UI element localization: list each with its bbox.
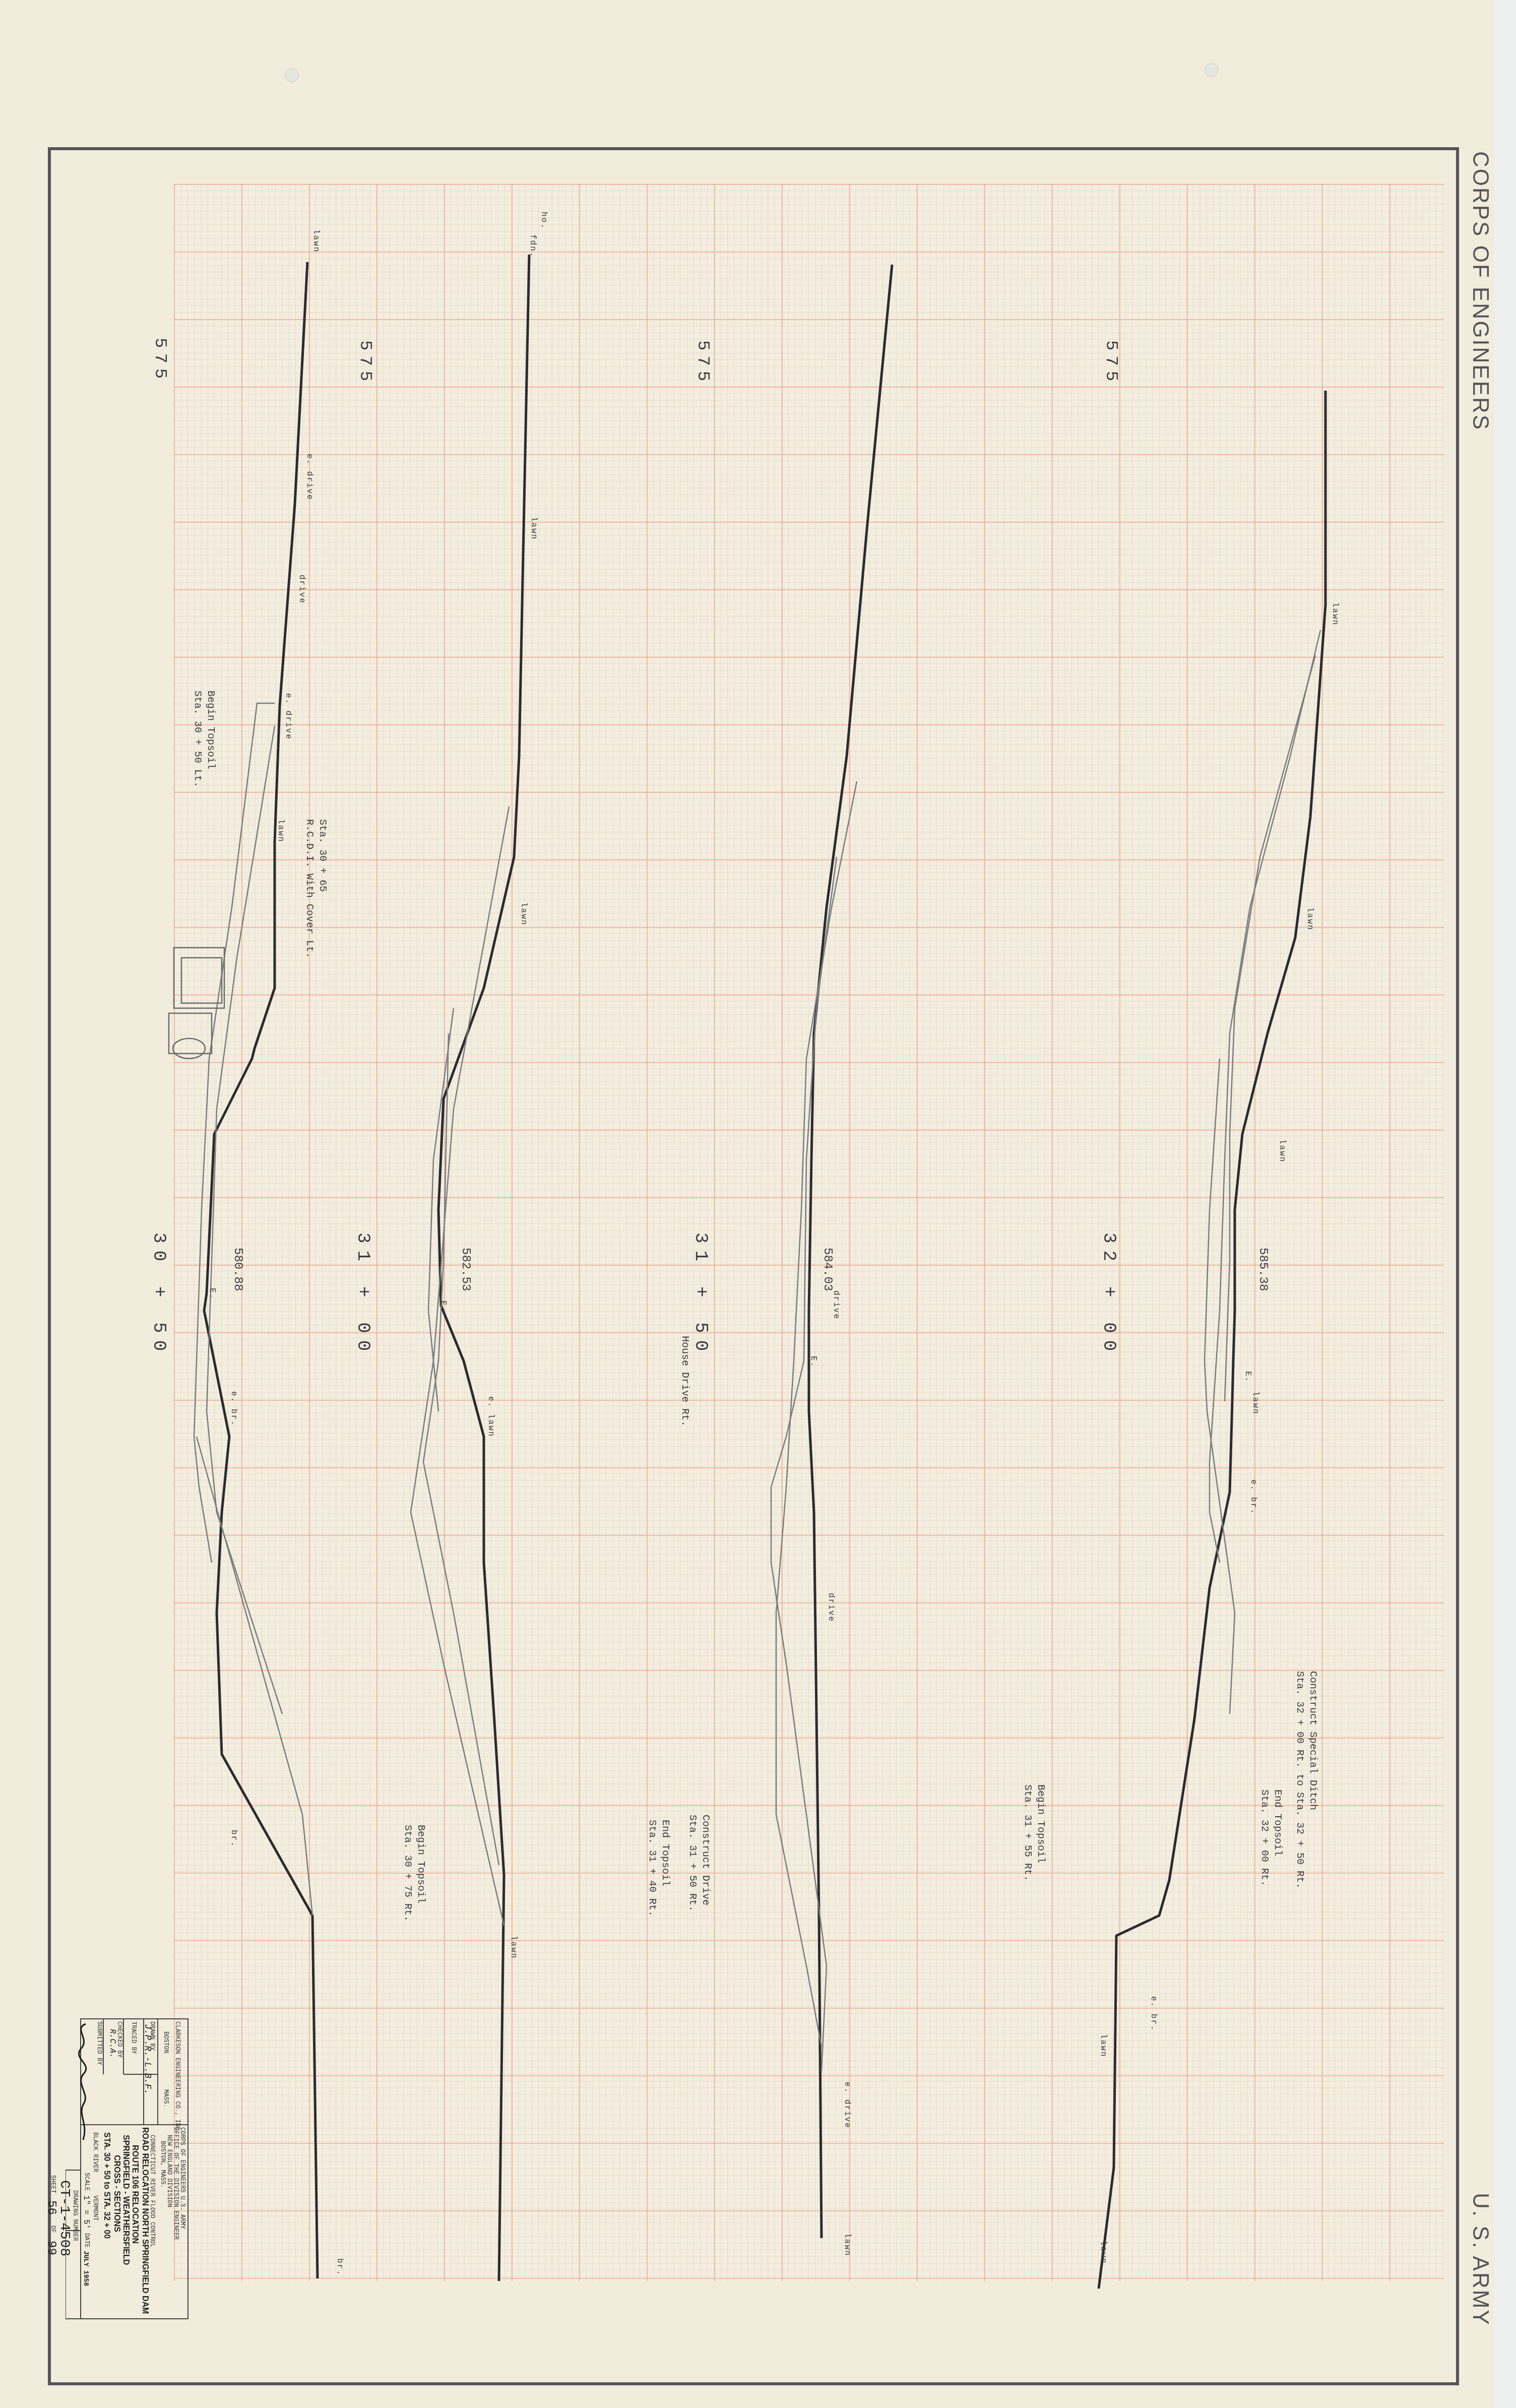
date-value: JULY 1958	[82, 2251, 90, 2286]
centerline-elevation: 585.38	[1256, 1248, 1270, 1291]
note-line: Begin Topsoil	[205, 691, 216, 769]
centerline-mark: E.	[809, 1356, 818, 1368]
centerline-elevation: 582.53	[459, 1248, 472, 1291]
project-line: CROSS - SECTIONS	[112, 2155, 121, 2232]
surface-label: lawn	[519, 902, 528, 925]
surface-label: lawn	[1305, 907, 1314, 931]
scale-value: 1" = 5'	[82, 2195, 91, 2229]
note-line: Construct Special Ditch	[1307, 1671, 1318, 1810]
note-line: Sta. 30 + 65	[317, 819, 328, 892]
sheet-label: SHEET	[49, 2175, 56, 2193]
signature	[71, 2019, 101, 2150]
surface-label: drive	[827, 1593, 836, 1622]
sheet-total: 99	[44, 2241, 58, 2255]
centerline-mark: E.	[1243, 1371, 1252, 1383]
surface-label: lawn	[1331, 602, 1340, 626]
note-end-topsoil: End Topsoil Sta. 32 + 00 Rt.	[1257, 1789, 1284, 1886]
note-construct-special-ditch: Construct Special Ditch Sta. 32 + 00 Rt.…	[1293, 1671, 1319, 1889]
surface-label: e. br.	[1249, 1479, 1258, 1515]
note-begin-topsoil: Begin Topsoil Sta. 30 + 50 Lt.	[191, 691, 217, 787]
surface-label: lawn	[1278, 1139, 1287, 1162]
note-house-drive: House Drive Rt.	[678, 1336, 691, 1427]
surface-label: drive	[832, 1290, 841, 1320]
elevation-label: 575	[355, 340, 374, 386]
firm-name: CLARKESON ENGINEERING CO., INC.	[174, 2021, 181, 2134]
station-label: 31 + 00	[353, 1232, 373, 1358]
pipe-culvert-symbol	[169, 948, 224, 1059]
project-line: ROAD RELOCATION NORTH SPRINGFIELD DAM	[140, 2127, 149, 2314]
surface-label: lawn	[529, 517, 538, 540]
surface-label: fdn.	[528, 234, 537, 258]
note-line: Sta. 31 + 50 Rt.	[686, 1815, 698, 1911]
note-begin-topsoil: Begin Topsoil Sta. 31 + 55 Rt.	[1021, 1784, 1047, 1881]
elevation-label: 575	[150, 338, 169, 384]
station-label: 32 + 00	[1099, 1232, 1119, 1358]
profile-30-50-ground	[204, 262, 318, 2278]
note-line: Sta. 30 + 50 Lt.	[192, 691, 203, 787]
profile-32-00-ground	[1099, 391, 1325, 2289]
traced-by-label: TRACED BY	[130, 2021, 137, 2054]
surface-label: lawn	[276, 819, 285, 842]
centerline-elevation: 584.03	[820, 1248, 834, 1291]
title-block: CLARKESON ENGINEERING CO., INC. BOSTON M…	[66, 2009, 189, 2397]
surface-label: lawn	[509, 1936, 518, 1959]
surface-label: br.	[229, 1830, 238, 1847]
surface-label: lawn	[1099, 2034, 1108, 2057]
cross-section-profiles	[0, 0, 1516, 2408]
checked-by-value: R.C.A.	[108, 2029, 117, 2058]
surface-label: e. drive	[305, 454, 314, 501]
drawn-by-value: J.P.R.-L.B.F.	[142, 2024, 152, 2094]
date-label: DATE	[83, 2233, 90, 2248]
firm-city: BOSTON	[162, 2031, 169, 2053]
centerline-mark: E.	[208, 1288, 217, 1300]
centerline-mark: E.	[438, 1301, 448, 1312]
project-line: STA. 30 + 50 to STA. 32 + 00	[102, 2132, 111, 2239]
station-label: 31 + 50	[690, 1232, 711, 1358]
note-line: Sta. 31 + 55 Rt.	[1022, 1784, 1033, 1881]
agency-line: BOSTON, MASS.	[159, 2141, 166, 2188]
drawing-number-label: DRAWING NUMBER	[72, 2190, 79, 2241]
agency-line: CORPS OF ENGINEERS U.S. ARMY	[179, 2127, 186, 2229]
agency-line: OFFICE OF THE DIVISION ENGINEER	[172, 2127, 179, 2240]
note-line: End Topsoil	[1272, 1789, 1283, 1856]
drawing-sheet: CORPS OF ENGINEERS U. S. ARMY	[0, 0, 1494, 2408]
surface-label: e. br.	[229, 1391, 238, 1427]
river-name: BLACK RIVER	[92, 2132, 99, 2172]
project-line: SPRINGFIELD - WEATHERSFIELD	[121, 2135, 130, 2265]
note-end-topsoil: End Topsoil Sta. 31 + 40 Rt.	[645, 1820, 671, 1917]
note-line: R.C.D.I. With Cover Lt.	[303, 819, 315, 958]
of-label: OF	[49, 2226, 56, 2233]
project-line: ROUTE 106 RELOCATION	[130, 2145, 139, 2244]
centerline-elevation: 580.88	[231, 1248, 244, 1291]
sheet-number: 56	[44, 2200, 58, 2215]
scale-label: SCALE	[83, 2173, 90, 2191]
note-line: Sta. 32 + 00 Rt.	[1258, 1789, 1270, 1886]
surface-label: lawn	[843, 2233, 852, 2256]
note-line: Begin Topsoil	[415, 1825, 426, 1903]
profile-31-00-ground	[438, 255, 529, 2281]
surface-label: drive	[297, 575, 306, 604]
note-rcdi-pipe: Sta. 30 + 65 R.C.D.I. With Cover Lt.	[302, 819, 329, 958]
surface-label: lawn	[1251, 1391, 1260, 1414]
note-line: House Drive Rt.	[679, 1336, 690, 1427]
firm-state: MASS.	[162, 2089, 169, 2108]
note-line: Sta. 31 + 40 Rt.	[646, 1820, 658, 1917]
surface-label: lawn	[311, 229, 321, 253]
note-construct-drive: Construct Drive Sta. 31 + 50 Rt.	[685, 1815, 712, 1911]
note-line: Sta. 30 + 75 Rt.	[402, 1825, 413, 1922]
project-line: CONNECTICUT RIVER FLOOD CONTROL	[149, 2135, 156, 2247]
drawing-number: CT-1-4508	[56, 2180, 72, 2256]
surface-label: br.	[335, 2258, 344, 2276]
surface-label: lawn	[1099, 2241, 1108, 2264]
note-line: Begin Topsoil	[1035, 1784, 1046, 1863]
checked-by-label: CHECKED BY	[116, 2021, 123, 2058]
note-line: Construct Drive	[700, 1815, 711, 1905]
note-line: End Topsoil	[659, 1820, 671, 1886]
surface-label: e. drive	[843, 2082, 852, 2129]
surface-label: e. br.	[1149, 1996, 1158, 2031]
station-label: 30 + 50	[149, 1232, 169, 1358]
agency-line: NEW ENGLAND DIVISION	[166, 2135, 173, 2207]
elevation-label: 575	[693, 340, 712, 386]
surface-label: ho.	[539, 212, 548, 229]
surface-label: e. lawn	[486, 1396, 495, 1437]
elevation-label: 575	[1101, 340, 1120, 386]
note-begin-topsoil: Begin Topsoil Sta. 30 + 75 Rt.	[401, 1825, 427, 1922]
surface-label: e. drive	[284, 693, 293, 740]
state-name: VERMONT	[92, 2195, 99, 2220]
note-line: Sta. 32 + 00 Rt. to Sta. 32 + 50 Rt.	[1294, 1671, 1305, 1889]
